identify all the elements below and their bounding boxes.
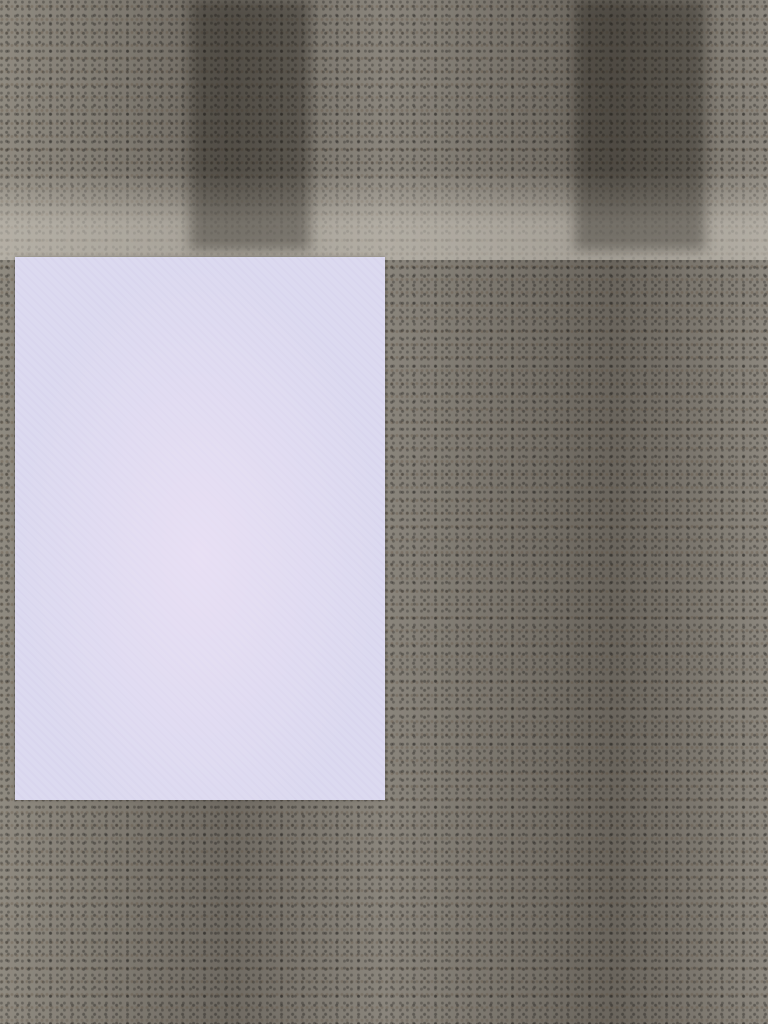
- shadow-top-left: [190, 0, 310, 250]
- shadow-top-right: [575, 0, 705, 250]
- certificate-left-page: [15, 257, 385, 800]
